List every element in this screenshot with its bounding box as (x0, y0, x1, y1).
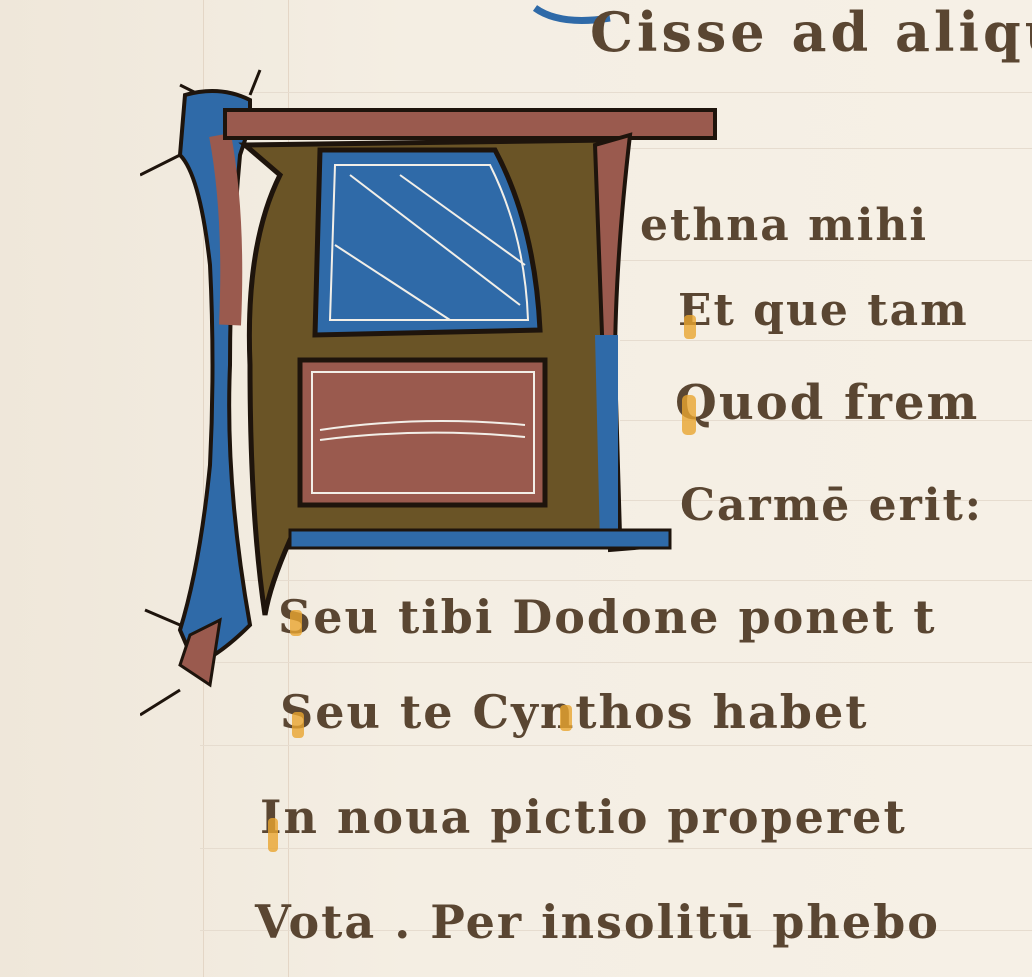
text-line: Vota . Per insolitū phebo (255, 895, 940, 949)
rubric-mark (684, 315, 696, 339)
text-line: In noua pictio properet (260, 790, 907, 844)
text-line: Cisse ad aliqui (590, 0, 1032, 64)
rubric-mark (560, 705, 572, 731)
text-line: Seu te Cynthos habet (280, 685, 868, 739)
rubric-mark (290, 610, 302, 636)
text-line: ethna mihi (640, 200, 928, 251)
text-line: Quod frem (675, 375, 979, 431)
text-line: Carmē erit: (680, 480, 983, 531)
text-line: Et que tam (678, 285, 969, 336)
text-line: Seu tibi Dodone ponet t (278, 590, 937, 644)
rubric-mark (682, 395, 696, 435)
ruling-line (200, 848, 1032, 849)
rubric-mark (268, 818, 278, 852)
manuscript-page: Cisse ad aliqui ethna mihi Et que tam Qu… (0, 0, 1032, 977)
ruling-line (200, 745, 1032, 746)
rubric-mark (292, 712, 304, 738)
